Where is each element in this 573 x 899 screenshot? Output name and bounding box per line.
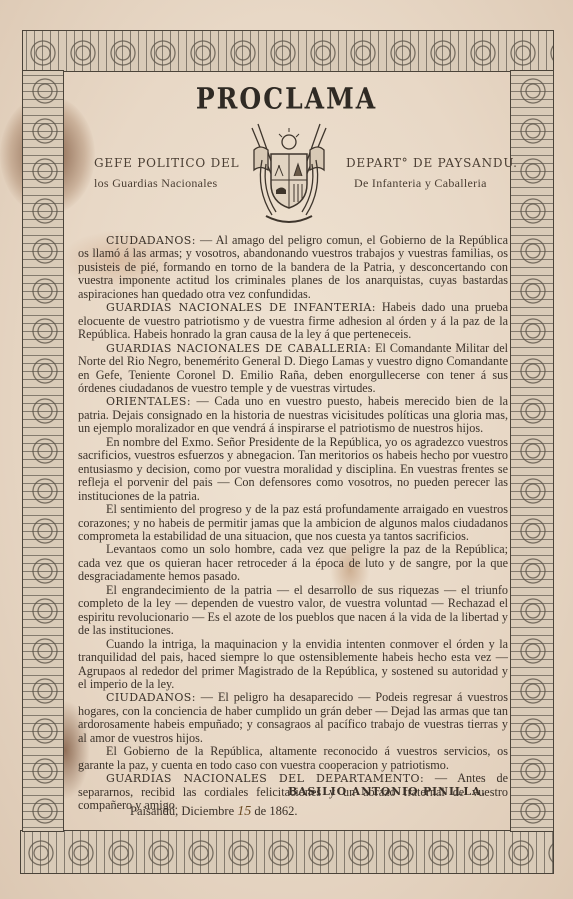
header-left-line1: GEFE POLITICO DEL <box>94 156 239 170</box>
ornamental-border-left <box>22 70 64 832</box>
proclamation-body: CIUDADANOS: — Al amago del peligro comun… <box>78 234 508 812</box>
paragraph-3: GUARDIAS NACIONALES DE CABALLERIA: El Co… <box>78 342 508 396</box>
header-right-line2: De Infanteria y Caballeria <box>354 176 487 191</box>
paragraph-5: En nombre del Exmo. Señor Presidente de … <box>78 436 508 503</box>
ornamental-border-right <box>510 70 554 832</box>
ornamental-border-bottom <box>20 830 554 874</box>
date-prefix: Paisandú, Diciembre <box>130 804 234 818</box>
ornamental-border-top <box>22 30 554 72</box>
header-left-line2: los Guardias Nacionales <box>94 176 218 191</box>
paragraph-1: CIUDADANOS: — Al amago del peligro comun… <box>78 234 508 301</box>
date-suffix: de 1862. <box>254 804 297 818</box>
date-line: Paisandú, Diciembre 15 de 1862. <box>130 804 297 820</box>
coat-of-arms-icon <box>244 120 334 228</box>
header-right-line1: DEPART° DE PAYSANDU. <box>346 156 518 170</box>
paragraph-7: Levantaos como un solo hombre, cada vez … <box>78 543 508 583</box>
signature: BASILIO ANTONIO PINILLA. <box>288 785 486 798</box>
paragraph-9: Cuando la intriga, la maquinacion y la e… <box>78 638 508 692</box>
paragraph-6: El sentimiento del progreso y de la paz … <box>78 503 508 543</box>
date-day-handwritten: 15 <box>237 804 251 819</box>
paragraph-2: GUARDIAS NACIONALES DE INFANTERIA: Habei… <box>78 301 508 341</box>
paragraph-11: El Gobierno de la República, altamente r… <box>78 745 508 772</box>
paragraph-4: ORIENTALES: — Cada uno en vuestro puesto… <box>78 395 508 435</box>
paragraph-10: CIUDADANOS: — El peligro ha desaparecido… <box>78 691 508 745</box>
document-title: PROCLAMA <box>0 82 573 115</box>
paragraph-8: El engrandecimiento de la patria — el de… <box>78 584 508 638</box>
